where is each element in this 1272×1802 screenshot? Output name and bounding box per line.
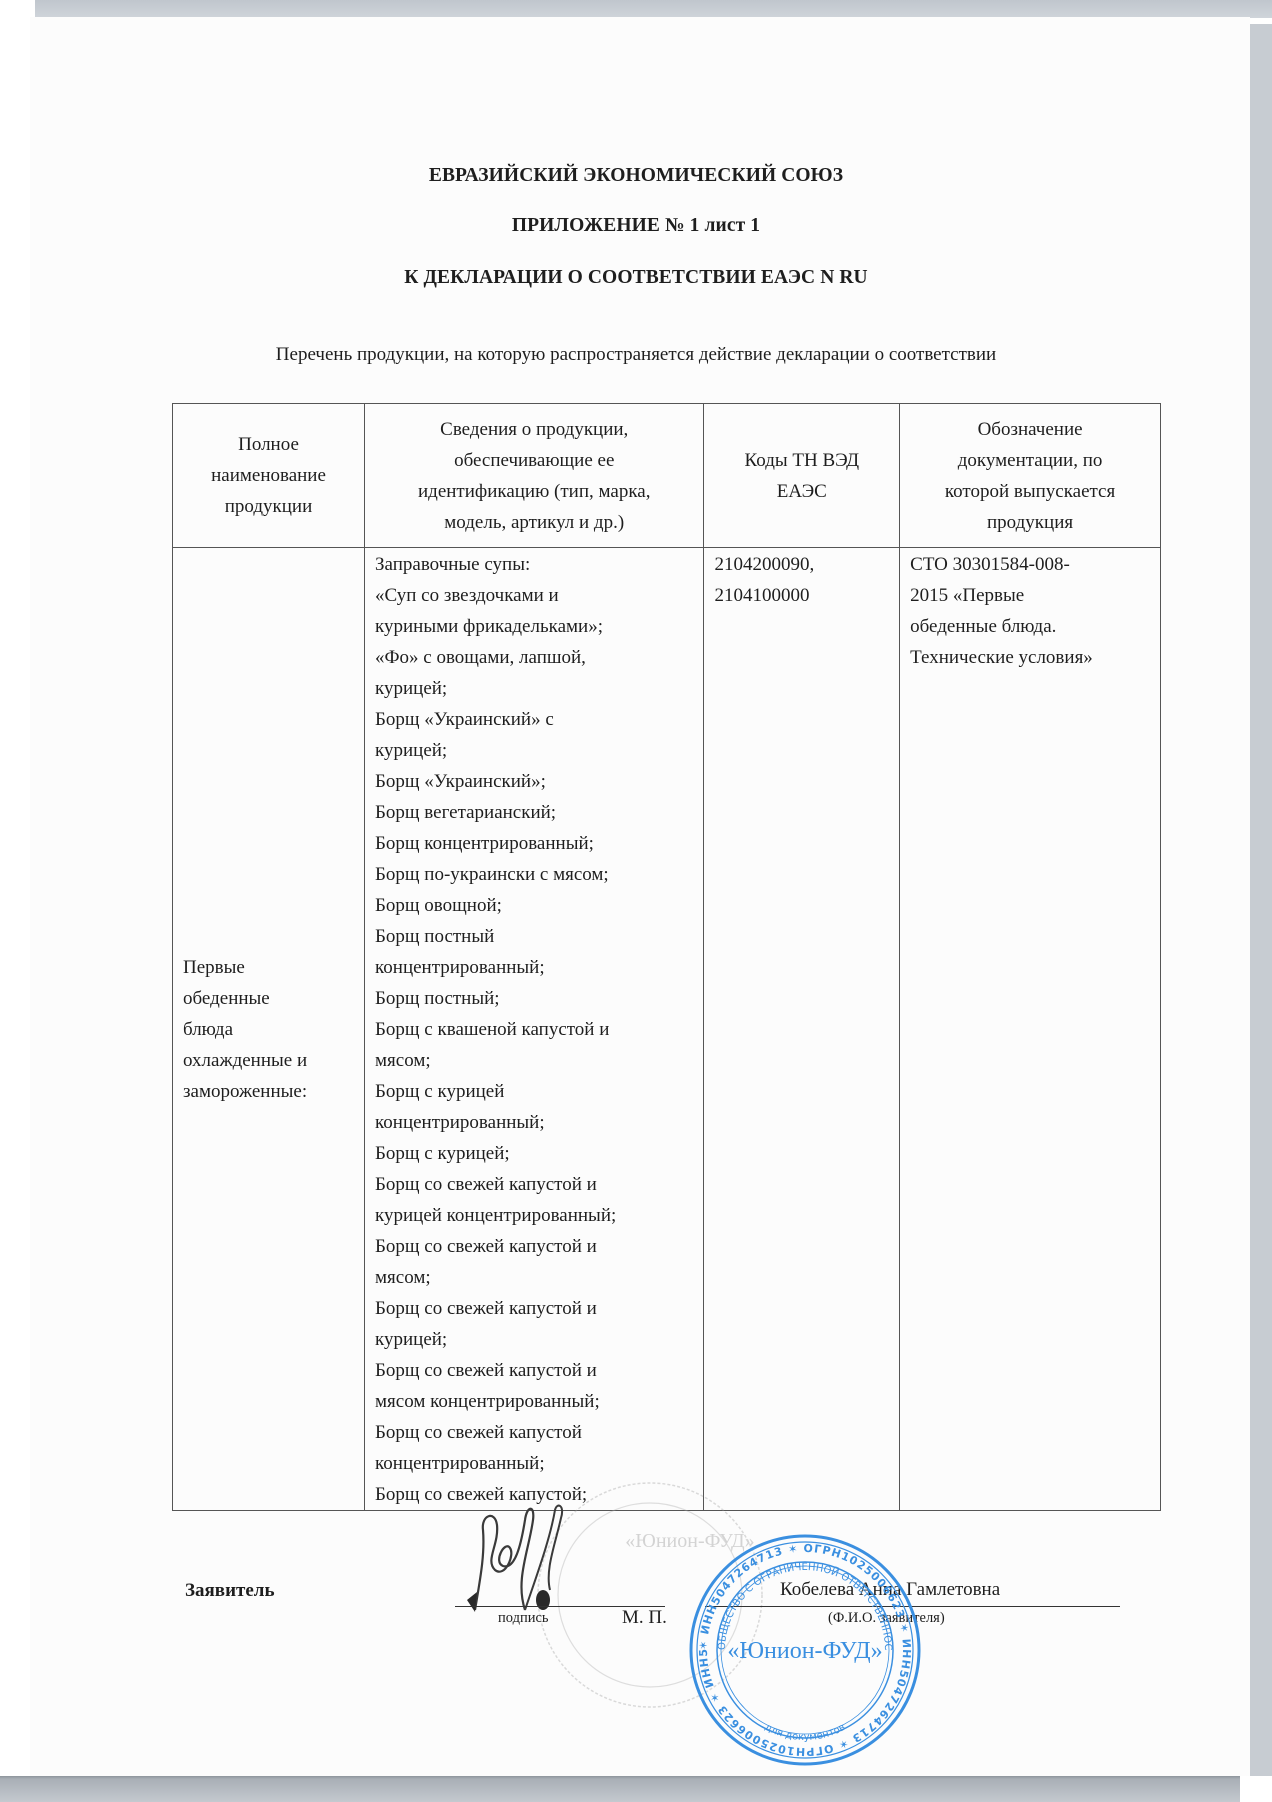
header-appendix-title: ПРИЛОЖЕНИЕ № 1 лист 1: [0, 215, 1272, 237]
product-detail-line: «Фо» с овощами, лапшой,: [375, 642, 697, 673]
column-header-product-name: Полное наименование продукции: [173, 404, 365, 548]
header-line: Обозначение: [906, 414, 1154, 445]
header-line: продукция: [906, 507, 1154, 538]
cell-product-name: Первые обеденные блюда охлажденные и зам…: [173, 548, 365, 1511]
product-detail-line: Борщ с курицей;: [375, 1138, 697, 1169]
product-detail-line: курицей;: [375, 1324, 697, 1355]
cell-line: 2104100000: [714, 580, 893, 611]
product-detail-line: Борщ вегетарианский;: [375, 797, 697, 828]
product-detail-line: Борщ овощной;: [375, 890, 697, 921]
product-detail-line: Борщ постный: [375, 921, 697, 952]
product-list-subtitle: Перечень продукции, на которую распростр…: [0, 344, 1272, 366]
product-detail-line: Борщ с квашеной капустой и: [375, 1014, 697, 1045]
cell-line: Первые: [183, 952, 358, 983]
header-line: наименование: [179, 460, 358, 491]
header-line: Полное: [179, 429, 358, 460]
product-detail-line: Борщ по-украински с мясом;: [375, 859, 697, 890]
product-detail-line: Борщ со свежей капустой: [375, 1417, 697, 1448]
table-row: Первые обеденные блюда охлажденные и зам…: [173, 548, 1161, 1511]
product-detail-line: Борщ со свежей капустой и: [375, 1355, 697, 1386]
product-detail-line: концентрированный;: [375, 952, 697, 983]
product-detail-line: Борщ «Украинский» с: [375, 704, 697, 735]
product-detail-line: курицей;: [375, 735, 697, 766]
product-detail-line: Борщ с курицей: [375, 1076, 697, 1107]
applicant-label: Заявитель: [185, 1580, 275, 1602]
header-line: идентификацию (тип, марка,: [371, 476, 697, 507]
scan-border-top: [35, 0, 1272, 18]
cell-line: охлажденные и: [183, 1045, 358, 1076]
product-detail-line: мясом;: [375, 1262, 697, 1293]
header-line: модель, артикул и др.): [371, 507, 697, 538]
header-line: документации, по: [906, 445, 1154, 476]
product-detail-line: Борщ «Украинский»;: [375, 766, 697, 797]
product-detail-line: Борщ концентрированный;: [375, 828, 697, 859]
header-line: ЕАЭС: [710, 476, 893, 507]
header-line: которой выпускается: [906, 476, 1154, 507]
cell-customs-codes: 2104200090, 2104100000: [704, 548, 900, 1511]
stamp-center-text: «Юнион-ФУД»: [727, 1638, 882, 1664]
svg-text:для документов: для документов: [763, 1722, 848, 1743]
cell-line: обеденные: [183, 983, 358, 1014]
header-line: Сведения о продукции,: [371, 414, 697, 445]
column-header-customs-codes: Коды ТН ВЭД ЕАЭС: [704, 404, 900, 548]
cell-documentation: СТО 30301584-008- 2015 «Первые обеденные…: [900, 548, 1161, 1511]
product-detail-line: «Суп со звездочками и: [375, 580, 697, 611]
cell-line: блюда: [183, 1014, 358, 1045]
product-detail-line: Борщ постный;: [375, 983, 697, 1014]
product-detail-line: курицей концентрированный;: [375, 1200, 697, 1231]
signature-icon: [455, 1500, 605, 1620]
company-stamp-icon: ✶ ИНН5047264713 ✶ ОГРН1025006623 ✶ ИНН50…: [685, 1530, 925, 1770]
cell-product-details: Заправочные супы:«Суп со звездочками ику…: [365, 548, 704, 1511]
cell-line: Технические условия»: [910, 642, 1154, 673]
header-line: Коды ТН ВЭД: [710, 445, 893, 476]
cell-line: замороженные:: [183, 1076, 358, 1107]
product-detail-line: Борщ со свежей капустой и: [375, 1293, 697, 1324]
product-detail-line: мясом концентрированный;: [375, 1386, 697, 1417]
cell-line: обеденные блюда.: [910, 611, 1154, 642]
header-union-title: ЕВРАЗИЙСКИЙ ЭКОНОМИЧЕСКИЙ СОЮЗ: [0, 165, 1272, 187]
header-line: продукции: [179, 491, 358, 522]
cell-line: 2104200090,: [714, 549, 893, 580]
scan-border-bottom: [0, 1776, 1240, 1802]
header-declaration-title: К ДЕКЛАРАЦИИ О СООТВЕТСТВИИ ЕАЭС N RU: [0, 267, 1272, 289]
product-detail-line: куриными фрикадельками»;: [375, 611, 697, 642]
table-header-row: Полное наименование продукции Сведения о…: [173, 404, 1161, 548]
product-detail-line: Заправочные супы:: [375, 549, 697, 580]
stamp-bottom-text: для документов: [763, 1722, 848, 1743]
signature-caption: подпись: [498, 1610, 549, 1627]
product-detail-line: курицей;: [375, 673, 697, 704]
product-detail-line: Борщ со свежей капустой и: [375, 1169, 697, 1200]
cell-line: 2015 «Первые: [910, 580, 1154, 611]
header-line: обеспечивающие ее: [371, 445, 697, 476]
product-detail-line: Борщ со свежей капустой и: [375, 1231, 697, 1262]
products-table: Полное наименование продукции Сведения о…: [172, 403, 1161, 1511]
column-header-product-details: Сведения о продукции, обеспечивающие ее …: [365, 404, 704, 548]
seal-place-label: М. П.: [622, 1607, 667, 1629]
product-detail-line: мясом;: [375, 1045, 697, 1076]
column-header-documentation: Обозначение документации, по которой вып…: [900, 404, 1161, 548]
cell-line: СТО 30301584-008-: [910, 549, 1154, 580]
product-detail-line: концентрированный;: [375, 1107, 697, 1138]
